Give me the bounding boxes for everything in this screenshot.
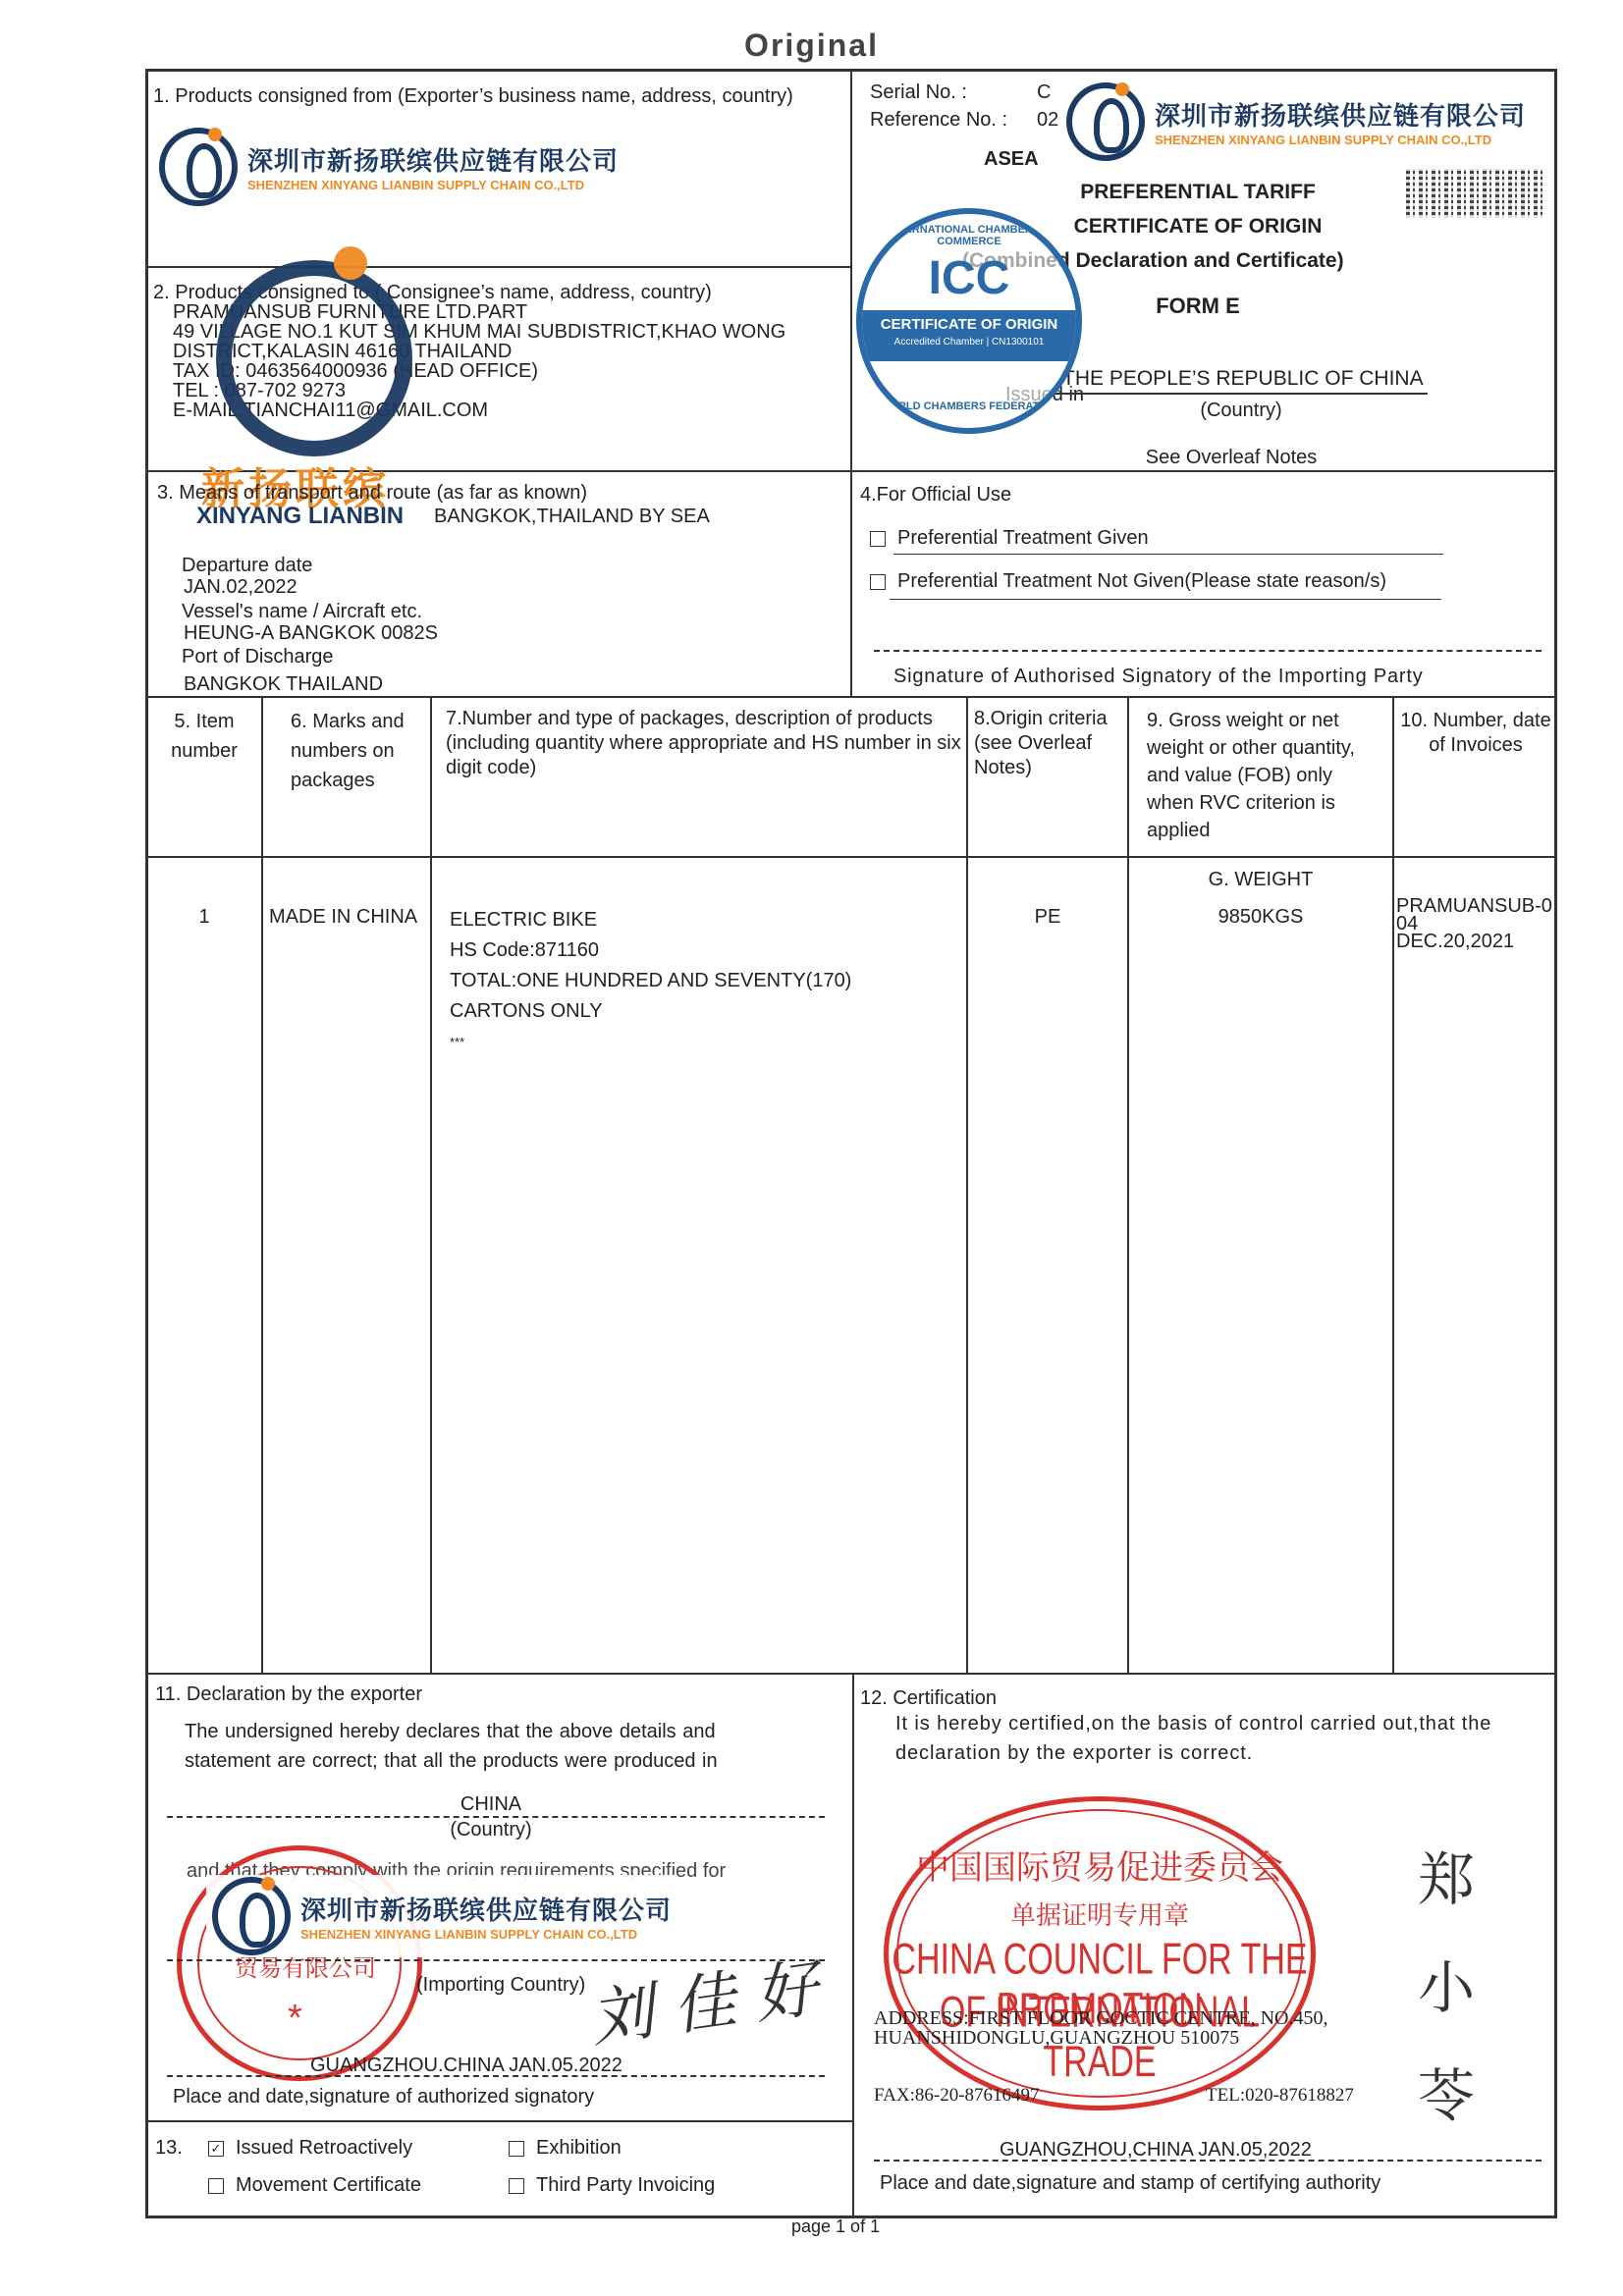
divider-table-header xyxy=(145,856,1557,858)
departure-label: Departure date xyxy=(182,554,312,577)
col-divider-1 xyxy=(261,696,263,1674)
company-logo-icon xyxy=(212,1877,291,1955)
reference-value: 02 xyxy=(1037,108,1058,132)
watermark-en: XINYANG LIANBIN xyxy=(196,503,404,530)
certifier-address: ADDRESS:FIRST FLOOR GOCTIC CENTRE, NO.45… xyxy=(874,2008,1327,2048)
certification-label: 12. Certification xyxy=(860,1686,997,1710)
option-label: Exhibition xyxy=(536,2137,622,2159)
certification-caption: Place and date,signature and stamp of ce… xyxy=(880,2171,1380,2195)
declaration-place-date: GUANGZHOU.CHINA JAN.05.2022 xyxy=(310,2054,622,2077)
transport-label: 3. Means of transport and route (as far … xyxy=(157,481,587,505)
description-line: *** xyxy=(450,1027,851,1057)
cell-weight-label: G. WEIGHT xyxy=(1129,868,1392,891)
declaration-label: 11. Declaration by the exporter xyxy=(155,1682,422,1706)
issued-in-caption: (Country) xyxy=(1055,399,1428,422)
declaration-country-caption: (Country) xyxy=(393,1818,589,1842)
exporter-label: 1. Products consigned from (Exporter’s b… xyxy=(153,84,793,108)
col-divider-2 xyxy=(430,696,432,1674)
certification-place-date: GUANGZHOU,CHINA JAN.05,2022 xyxy=(1000,2138,1312,2162)
checkbox-treatment-not-given[interactable] xyxy=(870,574,886,590)
port-label: Port of Discharge xyxy=(182,645,334,668)
option-third-party-invoicing[interactable]: Third Party Invoicing xyxy=(509,2173,715,2197)
option-label: Movement Certificate xyxy=(236,2174,421,2196)
declaration-country: CHINA xyxy=(393,1792,589,1816)
page-number: page 1 of 1 xyxy=(791,2215,880,2238)
cell-weight-value: 9850KGS xyxy=(1129,905,1392,929)
header-item-number: 5. Item number xyxy=(147,707,261,766)
importer-signature-line xyxy=(874,650,1542,652)
description-line: CARTONS ONLY xyxy=(450,996,851,1027)
description-line: ELECTRIC BIKE xyxy=(450,905,851,935)
option-label: Issued Retroactively xyxy=(236,2137,412,2159)
header-invoice: 10. Number, date of Invoices xyxy=(1396,709,1555,758)
stamp-star-icon: * xyxy=(288,1998,302,2040)
header-company-cn: 深圳市新扬联缤供应链有限公司 xyxy=(1155,96,1526,133)
importer-signature-caption: Signature of Authorised Signatory of the… xyxy=(893,665,1424,688)
watermark-logo-icon xyxy=(216,260,412,456)
invoice-line: PRAMUANSUB-0 xyxy=(1396,897,1552,915)
divider-box3 xyxy=(145,696,1557,698)
declaration-company-cn: 深圳市新扬联缤供应链有限公司 xyxy=(300,1891,672,1927)
company-logo-icon xyxy=(159,128,238,206)
option-movement-certificate[interactable]: Movement Certificate xyxy=(208,2173,421,2197)
cell-marks: MADE IN CHINA xyxy=(269,905,417,929)
issued-in-country: THE PEOPLE’S REPUBLIC OF CHINA xyxy=(1062,367,1424,391)
declaration-text-1: The undersigned hereby declares that the… xyxy=(185,1720,716,1743)
document-title: Original xyxy=(0,27,1623,64)
checkbox-issued-retroactively[interactable]: ✓ xyxy=(208,2141,224,2157)
icc-ring-top: INTERNATIONAL CHAMBER OF COMMERCE xyxy=(862,224,1076,247)
cert-title-1: PREFERENTIAL TARIFF xyxy=(1021,181,1375,204)
cell-item: 1 xyxy=(147,905,261,929)
certification-signature-line xyxy=(874,2160,1542,2162)
col-divider-4 xyxy=(1127,696,1129,1674)
section13-label: 13. xyxy=(155,2136,183,2160)
certifier-signature: 郑 小 苓 xyxy=(1418,1826,1475,2150)
cell-description: ELECTRIC BIKE HS Code:871160 TOTAL:ONE H… xyxy=(450,905,851,1057)
icc-band-sub: Accredited Chamber | CN1300101 xyxy=(862,337,1076,347)
cell-origin: PE xyxy=(968,905,1127,929)
port-value: BANGKOK THAILAND xyxy=(184,672,383,696)
departure-value: JAN.02,2022 xyxy=(184,575,298,599)
ccpit-stamp-cn-mid: 单据证明专用章 xyxy=(889,1896,1311,1932)
checkbox-treatment-given[interactable] xyxy=(870,531,886,547)
certifier-fax: FAX:86-20-87616497 xyxy=(874,2085,1040,2107)
importing-country-caption: (Importing Country) xyxy=(416,1973,585,1997)
description-line: TOTAL:ONE HUNDRED AND SEVENTY(170) xyxy=(450,966,851,996)
description-line: HS Code:871160 xyxy=(450,935,851,966)
not-given-underline xyxy=(890,599,1441,600)
certification-text-2: declaration by the exporter is correct. xyxy=(895,1741,1253,1765)
divider-bottom-vertical xyxy=(852,1673,854,2218)
icc-ring-bottom: WORLD CHAMBERS FEDERATION xyxy=(862,400,1076,412)
icc-stamp: INTERNATIONAL CHAMBER OF COMMERCE ICC CE… xyxy=(856,208,1082,434)
header-marks: 6. Marks and numbers on packages xyxy=(291,707,416,795)
declaration-signatory-caption: Place and date,signature of authorized s… xyxy=(173,2085,594,2109)
declaration-company-en: SHENZHEN XINYANG LIANBIN SUPPLY CHAIN CO… xyxy=(300,1927,672,1942)
header-description: 7.Number and type of packages, descripti… xyxy=(446,707,961,780)
declaration-logo: 深圳市新扬联缤供应链有限公司 SHENZHEN XINYANG LIANBIN … xyxy=(206,1875,677,1957)
agreement-name: ASEA xyxy=(984,147,1039,171)
option-issued-retroactively[interactable]: ✓Issued Retroactively xyxy=(208,2136,412,2160)
option-treatment-given[interactable]: Preferential Treatment Given xyxy=(870,526,1149,550)
option-exhibition[interactable]: Exhibition xyxy=(509,2136,622,2160)
company-logo-icon xyxy=(1066,82,1145,161)
invoice-line: DEC.20,2021 xyxy=(1396,933,1552,950)
official-use-label: 4.For Official Use xyxy=(860,483,1011,507)
serial-label: Serial No. : xyxy=(870,80,967,104)
issued-in-underline xyxy=(1055,393,1428,395)
given-underline xyxy=(893,554,1443,555)
reference-label: Reference No. : xyxy=(870,108,1007,132)
checkbox-exhibition[interactable] xyxy=(509,2141,524,2157)
ccpit-stamp: 中国国际贸易促进委员会 单据证明专用章 CHINA COUNCIL FOR TH… xyxy=(884,1796,1316,2110)
exporter-name-cn: 深圳市新扬联缤供应链有限公司 xyxy=(247,141,619,178)
vessel-value: HEUNG-A BANGKOK 0082S xyxy=(184,621,438,645)
signature-char: 小 xyxy=(1418,1934,1475,2042)
exporter-logo: 深圳市新扬联缤供应链有限公司 SHENZHEN XINYANG LIANBIN … xyxy=(159,128,619,206)
signature-char: 郑 xyxy=(1418,1826,1475,1934)
col-divider-3 xyxy=(966,696,968,1674)
header-logo: 深圳市新扬联缤供应链有限公司 SHENZHEN XINYANG LIANBIN … xyxy=(1062,80,1530,163)
certifier-tel: TEL:020-87618827 xyxy=(1206,2085,1354,2107)
checkbox-movement-certificate[interactable] xyxy=(208,2178,224,2194)
certification-text-1: It is hereby certified,on the basis of c… xyxy=(895,1712,1491,1735)
signature-char: 苓 xyxy=(1418,2042,1475,2150)
vessel-label: Vessel's name / Aircraft etc. xyxy=(182,600,422,623)
header-origin: 8.Origin criteria (see Overleaf Notes) xyxy=(974,707,1123,780)
divider-top-vertical xyxy=(850,69,852,697)
divider-table-bottom xyxy=(145,1673,1557,1675)
option-label: Third Party Invoicing xyxy=(536,2174,715,2196)
option-not-given-label: Preferential Treatment Not Given(Please … xyxy=(897,570,1386,592)
option-treatment-not-given[interactable]: Preferential Treatment Not Given(Please … xyxy=(870,569,1386,593)
serial-value: C xyxy=(1037,80,1051,104)
qr-code-icon xyxy=(1406,169,1545,218)
col-divider-5 xyxy=(1392,696,1394,1674)
icc-logo-icon: ICC xyxy=(862,251,1076,305)
declaration-signatory-line xyxy=(167,2075,825,2077)
header-weight: 9. Gross weight or net weight or other q… xyxy=(1147,707,1382,844)
exporter-name-en: SHENZHEN XINYANG LIANBIN SUPPLY CHAIN CO… xyxy=(247,178,619,192)
header-company-en: SHENZHEN XINYANG LIANBIN SUPPLY CHAIN CO… xyxy=(1155,133,1526,147)
checkbox-third-party-invoicing[interactable] xyxy=(509,2178,524,2194)
address-line: ADDRESS:FIRST FLOOR GOCTIC CENTRE, NO.45… xyxy=(874,2008,1327,2028)
divider-box1 xyxy=(145,266,850,268)
option-given-label: Preferential Treatment Given xyxy=(897,527,1149,549)
cell-invoice: PRAMUANSUB-0 04 DEC.20,2021 xyxy=(1396,897,1552,950)
transport-route: BANGKOK,THAILAND BY SEA xyxy=(434,505,710,528)
address-line: HUANSHIDONGLU,GUANGZHOU 510075 xyxy=(874,2028,1327,2048)
icc-band-title: CERTIFICATE OF ORIGIN xyxy=(862,316,1076,333)
divider-box11 xyxy=(145,2120,852,2122)
ccpit-stamp-cn-top: 中国国际贸易促进委员会 xyxy=(889,1841,1311,1889)
overleaf-notes: See Overleaf Notes xyxy=(1055,446,1408,469)
declaration-text-2: statement are correct; that all the prod… xyxy=(185,1749,718,1773)
